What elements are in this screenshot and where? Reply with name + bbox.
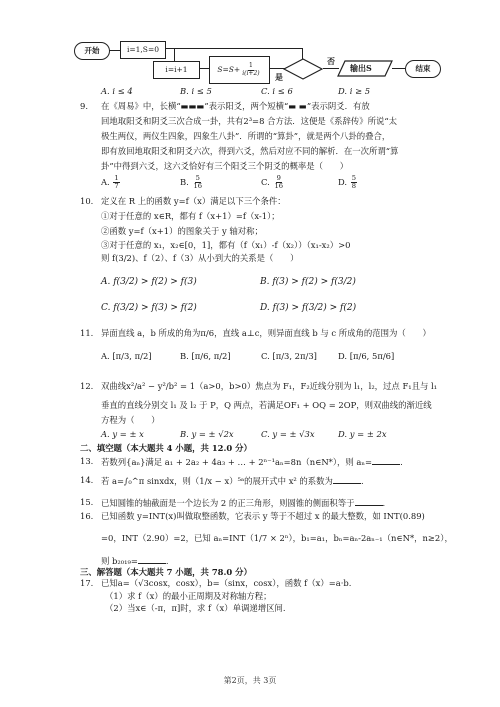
- question-number: 15.: [80, 497, 93, 508]
- q9-line: 回地取阳爻和阴爻三次合成一卦，共有2³=8 合方法．这便是《系辞传》所说“太: [101, 116, 397, 127]
- q14-text-row: 若 a=∫₀^π sinxdx，则（1/x − x）⁵ᵃ的展开式中 x² 的系数…: [101, 475, 364, 487]
- q16-line: =0，INT（2.90）=2，已知 aₙ=INT（1/7 × 2ⁿ），b₁=a₁…: [101, 533, 453, 544]
- q12-line: 垂直的直线分别交 l₁ 及 l₂ 于 P，Q 两点，若满足OF₁ + OQ = …: [101, 400, 432, 411]
- punctuation: .: [400, 457, 403, 467]
- q12-option-b: B. y = ± √2x: [180, 429, 234, 440]
- flow-line: [165, 48, 303, 49]
- flowchart-init: i=1,S=0: [120, 41, 166, 59]
- q17-part-1: （1）求 f（x）的最小正周期及对称轴方程；: [105, 591, 272, 602]
- flowchart-start: 开始: [74, 42, 110, 60]
- q10-option-c: C. f(3/2) > f(3) > f(2): [101, 303, 197, 314]
- q12-option-d: D. y = ± 2x: [338, 429, 387, 440]
- flowchart-increment: i=i+1: [153, 61, 200, 79]
- flow-arrow: [199, 68, 209, 69]
- q10-option-d: D. f(3) > f(3/2) > f(2): [260, 303, 356, 314]
- q13-text-row: 若数列{aₙ}满足 a₁ + 2a₂ + 4a₃ + … + 2ⁿ⁻¹aₙ=8n…: [101, 456, 403, 468]
- option-fraction: 58: [351, 175, 357, 190]
- answer-blank[interactable]: [372, 456, 400, 465]
- flow-arrow: [392, 68, 405, 69]
- q12-option-c: C. y = ± √3x: [261, 429, 315, 440]
- q9-line: 即有放回地取阳爻和阴爻六次，得到六爻，然后对应不同的解析．在一次所谓“算: [101, 146, 398, 157]
- fraction-denominator: 8: [351, 183, 357, 190]
- q15-text: 已知圆锥的轴截面是一个边长为 2 的正三角形，则圆锥的侧面积等于: [101, 498, 355, 508]
- answer-blank[interactable]: [333, 475, 361, 484]
- answer-blank[interactable]: [138, 555, 166, 564]
- q11-text: 异面直线 a，b 所成的角为π/6，直线 a⊥c，则异面直线 b 与 c 所成角…: [101, 328, 431, 339]
- option-label: B.: [180, 177, 189, 187]
- option-fraction: 916: [273, 175, 284, 190]
- q14-text: 若 a=∫₀^π sinxdx，则（1/x − x）⁵ᵃ的展开式中 x² 的系数…: [101, 476, 333, 486]
- flow-arrow: [109, 50, 120, 51]
- flowchart-end: 结束: [405, 60, 441, 78]
- punctuation: .: [361, 476, 364, 486]
- update-prefix: S=S+: [217, 65, 240, 74]
- fraction-denominator: 16: [273, 183, 284, 190]
- question-number: 11.: [80, 328, 93, 339]
- q9-option-c: C. 916: [261, 175, 285, 190]
- q10-line: ②函数 y=f（x+1）的图象关于 y 轴对称；: [101, 226, 263, 237]
- punctuation: .: [166, 556, 169, 566]
- question-number: 9.: [80, 101, 88, 112]
- q8-option-a: A. i ≤ 4: [101, 86, 133, 97]
- flowchart-output: 输出S: [350, 63, 372, 73]
- q10-option-b: B. f(3) > f(2) > f(3/2): [260, 277, 356, 288]
- decision-diamond: [283, 58, 323, 80]
- page-footer: 第2页，共 3页: [0, 676, 500, 686]
- flow-line: [174, 48, 175, 62]
- question-number: 13.: [80, 456, 93, 467]
- answer-blank[interactable]: [355, 497, 383, 506]
- q10-line: ①对于任意的 x∈R，都有 f（x+1）=f（x-1）；: [101, 211, 280, 222]
- q15-text-row: 已知圆锥的轴截面是一个边长为 2 的正三角形，则圆锥的侧面积等于.: [101, 497, 385, 509]
- q11-option-b: B. [π/6, π/2]: [180, 351, 231, 362]
- q9-line: 在《周易》中，长横“▬▬▬”表示阳爻，两个短横“▬ ▬”表示阴爻．有放: [101, 101, 370, 112]
- option-fraction: 17: [113, 175, 119, 190]
- q9-option-b: B. 516: [180, 175, 204, 190]
- q16-last-row: 则 b₂₀₁₉=.: [101, 555, 169, 567]
- no-label: 否: [327, 56, 335, 66]
- q10-line: 定义在 R 上的函数 y=f（x）满足以下三个条件：: [101, 196, 286, 207]
- yes-label: 是: [275, 72, 283, 82]
- question-number: 16.: [80, 511, 93, 522]
- question-number: 10.: [80, 196, 93, 207]
- q9-line: 极生两仪，两仪生四象，四象生八卦”．所谓的“算卦”，就是两个八卦的叠合，: [101, 131, 390, 142]
- q9-option-a: A. 17: [101, 175, 121, 190]
- q10-line: 则 f(3/2)、f（2）、f（3）从小到大的关系是（ ）: [101, 253, 299, 264]
- option-fraction: 516: [193, 175, 204, 190]
- section-fill-in-blanks-heading: 二、填空题（本大题共 4 小题，共 12.0 分）: [80, 443, 252, 454]
- fraction-denominator: 16: [193, 183, 204, 190]
- q9-option-d: D. 58: [338, 175, 358, 190]
- fraction-denominator: 7: [113, 183, 119, 190]
- q17-part-2: （2）当x∈（-π，π]时，求 f（x）单调递增区间.: [105, 603, 286, 614]
- q12-option-a: A. y = ± x: [101, 429, 144, 440]
- punctuation: .: [383, 498, 386, 508]
- q16-line: 则 b₂₀₁₉=: [101, 556, 138, 566]
- question-number: 14.: [80, 475, 93, 486]
- question-number: 12.: [80, 381, 93, 392]
- flowchart-update: S=S+ 1 i(i+2): [209, 56, 270, 84]
- q17-line: 已知a=（√3cosx，cosx），b=（sinx，cosx），函数 f（x）=…: [101, 578, 351, 589]
- section-solutions-heading: 三、解答题（本大题共 7 小题，共 78.0 分）: [80, 567, 252, 578]
- option-label: A.: [101, 177, 110, 187]
- q9-line: 卦”中得到六爻，这六爻恰好有三个阳爻三个阴爻的概率是（ ）: [101, 161, 348, 172]
- q12-line: 双曲线x²/a² − y²/b² = 1（a>0，b>0）焦点为 F₁，F₂近线…: [101, 381, 437, 392]
- q13-text: 若数列{aₙ}满足 a₁ + 2a₂ + 4a₃ + … + 2ⁿ⁻¹aₙ=8n…: [101, 457, 372, 467]
- q8-option-c: C. i ≤ 6: [261, 86, 293, 97]
- update-fraction: 1 i(i+2): [241, 63, 260, 77]
- q12-line: 方程为（ ）: [101, 415, 160, 426]
- q10-option-a: A. f(3/2) > f(2) > f(3): [101, 277, 197, 288]
- option-label: D.: [338, 177, 347, 187]
- q11-option-d: D. [π/6, 5π/6]: [338, 351, 394, 362]
- option-label: C.: [261, 177, 270, 187]
- q8-option-b: B. i ≤ 5: [180, 86, 212, 97]
- question-number: 17.: [80, 578, 93, 589]
- q16-line: 已知函数 y=INT(x)叫做取整函数，它表示 y 等于不超过 x 的最大整数，…: [101, 511, 425, 522]
- q11-option-a: A. [π/3, π/2]: [101, 351, 152, 362]
- q11-option-c: C. [π/3, 2π/3]: [261, 351, 317, 362]
- q10-line: ③对于任意的 x₁，x₂∈[0，1]，都有（f（x₁）-f（x₂））（x₁-x₂…: [101, 240, 350, 251]
- fraction-denominator: i(i+2): [241, 71, 260, 77]
- q8-option-d: D. i ≥ 5: [338, 86, 370, 97]
